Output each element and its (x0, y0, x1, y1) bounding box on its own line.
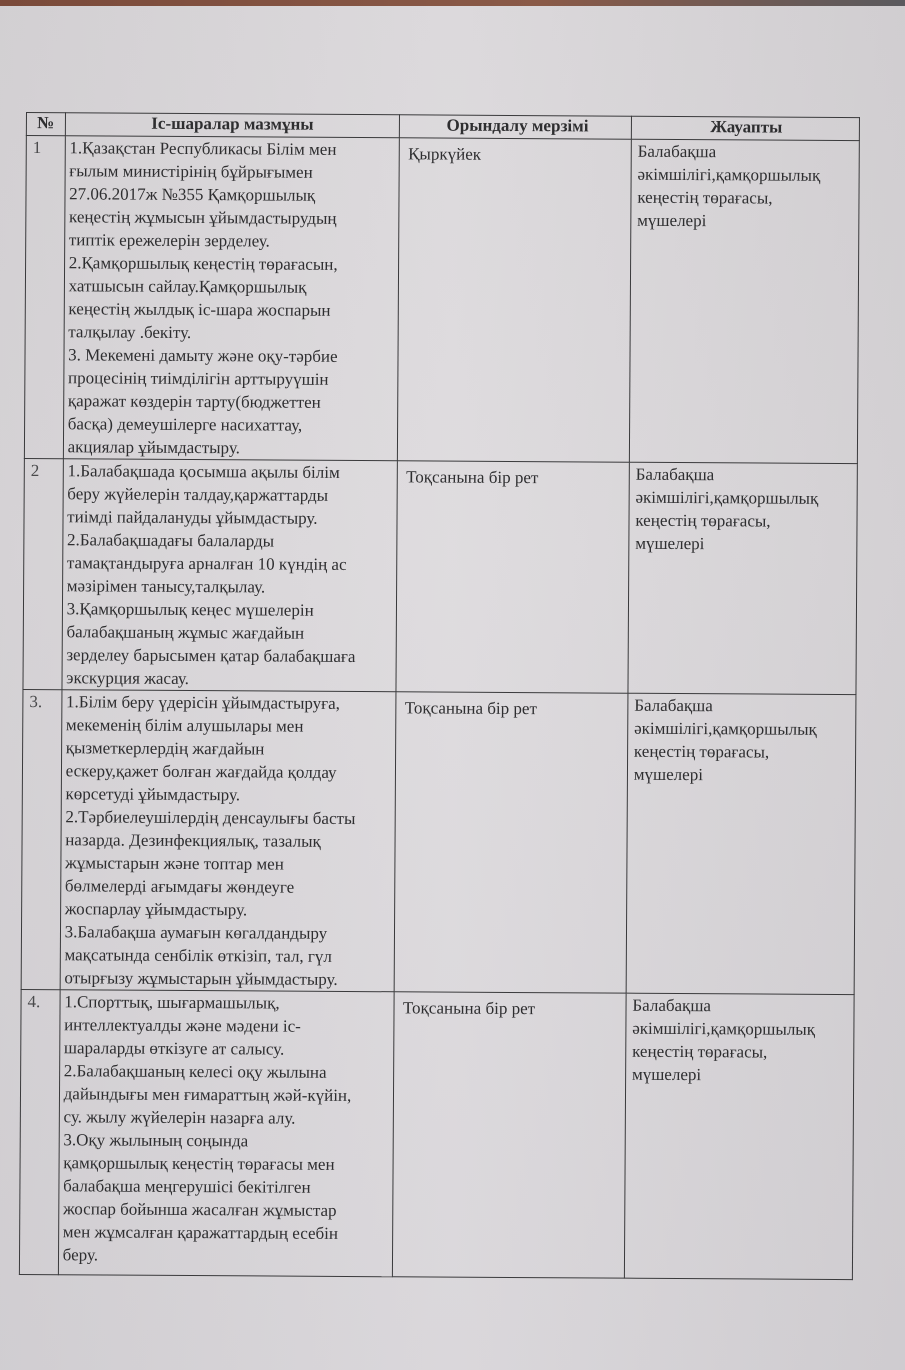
activity-line: жұмыстарын және топтар мен (65, 851, 391, 876)
row-responsible: Балабақшаәкімшілігі,қамқоршылықкеңестің … (628, 462, 858, 694)
activity-line: мен жұмсалған қаражаттардың есебін (63, 1220, 389, 1245)
responsible-line: Балабақша (634, 694, 851, 718)
activity-line: қаражат көздерін тарту(бюджеттен (68, 389, 394, 414)
row-responsible: Балабақшаәкімшілігі,қамқоршылықкеңестің … (626, 693, 856, 994)
row-activity: 1.Спорттық, шығармашылық,интеллектуалды … (58, 990, 394, 1277)
header-responsible: Жауапты (631, 116, 859, 140)
activity-line: хатшысын сайлау.Қамқоршылық (69, 274, 395, 299)
activity-line: 1.Балабақшада қосымша ақылы білім (67, 459, 393, 484)
activity-line: типтік ережелерін зерделеу. (69, 228, 395, 253)
row-number: 3. (21, 689, 62, 989)
table-row: 3. 1.Білім беру үдерісін ұйымдастыруға,м… (21, 689, 856, 994)
responsible-line: кеңестің төрағасы, (632, 1040, 849, 1064)
row-responsible: Балабақшаәкімшілігі,қамқоршылықкеңестің … (624, 993, 854, 1279)
activity-line: 3. Мекемені дамыту және оқу-тәрбие (68, 343, 394, 368)
table-row: 2 1.Балабақшада қосымша ақылы білімберу … (23, 458, 857, 694)
activity-line: акциялар ұйымдастыру. (68, 435, 394, 460)
activity-line: кеңестің жылдық іс-шара жоспарын (68, 297, 394, 322)
activity-line: 1.Спорттық, шығармашылық, (64, 990, 390, 1015)
activity-line: экскурция жасау. (66, 666, 392, 691)
activity-line: балабақша меңгерушісі бекітілген (63, 1174, 389, 1199)
responsible-line: мүшелері (632, 1063, 849, 1087)
header-term: Орындалу мерзімі (400, 115, 632, 139)
responsible-line: әкімшілігі,қамқоршылық (637, 163, 854, 187)
activity-line: мақсатында сенбілік өткізіп, тал, гүл (64, 943, 390, 968)
row-number: 4. (19, 989, 59, 1274)
activity-line: жоспарлау ұйымдастыру. (65, 897, 391, 922)
activity-line: 27.06.2017ж №355 Қамқоршылық (69, 182, 395, 207)
activity-line: тамақтандыруға арналған 10 күндің ас (67, 551, 393, 576)
activity-line: беру жүйелерін талдау,қаржаттарды (67, 482, 393, 507)
table-row: 4. 1.Спорттық, шығармашылық,интеллектуал… (19, 989, 854, 1279)
responsible-line: Балабақша (638, 140, 855, 164)
activity-line: қызметкерлердің жағдайын (66, 736, 392, 761)
responsible-line: әкімшілігі,қамқоршылық (635, 486, 852, 510)
activity-line: беру. (63, 1243, 389, 1268)
row-number: 1 (24, 136, 65, 459)
activity-line: балабақшаның жұмыс жағдайын (66, 620, 392, 645)
row-term: Тоқсанына бір рет (396, 461, 629, 693)
header-activity: Іс-шаралар мазмұны (65, 113, 400, 138)
activity-line: қамқоршылық кеңестің төрағасы мен (63, 1151, 389, 1176)
activity-line: 3.Оқу жылының соңында (63, 1128, 389, 1153)
activity-line: талқылау .бекіту. (68, 320, 394, 345)
activity-line: дайындығы мен ғимараттың жәй-күйін, (64, 1082, 390, 1107)
activity-line: 2.Балабақшадағы балаларды (67, 528, 393, 553)
activity-line: мекеменің білім алушылары мен (66, 713, 392, 738)
activity-plan-table: № Іс-шаралар мазмұны Орындалу мерзімі Жа… (19, 112, 860, 1280)
activity-line: ескеру,қажет болған жағдайда қолдау (66, 759, 392, 784)
responsible-line: кеңестің төрағасы, (634, 740, 851, 764)
activity-line: 3.Балабақша аумағын көгалдандыру (65, 920, 391, 945)
activity-line: жоспар бойынша жасалған жұмыстар (63, 1197, 389, 1222)
responsible-line: Балабақша (632, 994, 849, 1018)
responsible-line: мүшелері (635, 532, 852, 556)
responsible-line: әкімшілігі,қамқоршылық (632, 1017, 849, 1041)
activity-line: 1.Білім беру үдерісін ұйымдастыруға, (66, 690, 392, 715)
activity-line: ғылым министірінің бұйрығымен (69, 159, 395, 184)
row-activity: 1.Балабақшада қосымша ақылы білімберу жү… (62, 459, 398, 692)
activity-line: интеллектуалды және мәдени іс- (64, 1013, 390, 1038)
row-term: Қыркүйек (398, 138, 631, 462)
responsible-line: мүшелері (637, 209, 854, 233)
responsible-line: әкімшілігі,қамқоршылық (634, 717, 851, 741)
activity-line: су. жылу жүйелерін назарға алу. (63, 1105, 389, 1130)
activity-line: 2.Балабақшаның келесі оқу жылына (64, 1059, 390, 1084)
row-activity: 1.Қазақстан Республикасы Білім менғылым … (63, 136, 400, 461)
activity-line: мәзірімен танысу,талқылау. (67, 574, 393, 599)
activity-line: зерделеу барысымен қатар балабақшаға (66, 643, 392, 668)
table-row: 1 1.Қазақстан Республикасы Білім менғылы… (24, 136, 859, 464)
activity-line: отырғызу жұмыстарын ұйымдастыру. (64, 966, 390, 991)
activity-line: процесінің тиімділігін арттыруүшін (68, 366, 394, 391)
activity-line: тиімді пайдалануды ұйымдастыру. (67, 505, 393, 530)
activity-line: 2.Тәрбиелеушілердің денсаулығы басты (65, 805, 391, 830)
activity-line: 2.Қамқоршылық кеңестің төрағасын, (69, 251, 395, 276)
activity-line: назарда. Дезинфекциялық, тазалық (65, 828, 391, 853)
responsible-line: Балабақша (636, 463, 853, 487)
row-responsible: Балабақшаәкімшілігі,қамқоршылықкеңестің … (629, 139, 859, 463)
activity-line: шараларды өткізуге ат салысу. (64, 1036, 390, 1061)
responsible-line: кеңестің төрағасы, (637, 186, 854, 210)
activity-line: басқа) демеушілерге насихаттау, (68, 412, 394, 437)
row-activity: 1.Білім беру үдерісін ұйымдастыруға,меке… (60, 690, 397, 992)
responsible-line: мүшелері (634, 763, 851, 787)
responsible-line: кеңестің төрағасы, (635, 509, 852, 533)
activity-line: 3.Қамқоршылық кеңес мүшелерін (67, 597, 393, 622)
row-number: 2 (23, 458, 63, 689)
header-number: № (26, 113, 65, 136)
activity-line: бөлмелерді ағымдағы жөндеуге (65, 874, 391, 899)
activity-line: 1.Қазақстан Республикасы Білім мен (69, 136, 395, 161)
row-term: Тоқсанына бір рет (393, 992, 626, 1278)
activity-line: көрсетуді ұйымдастыру. (65, 782, 391, 807)
row-term: Тоқсанына бір рет (395, 692, 628, 993)
activity-line: кеңестің жұмысын ұйымдастырудың (69, 205, 395, 230)
